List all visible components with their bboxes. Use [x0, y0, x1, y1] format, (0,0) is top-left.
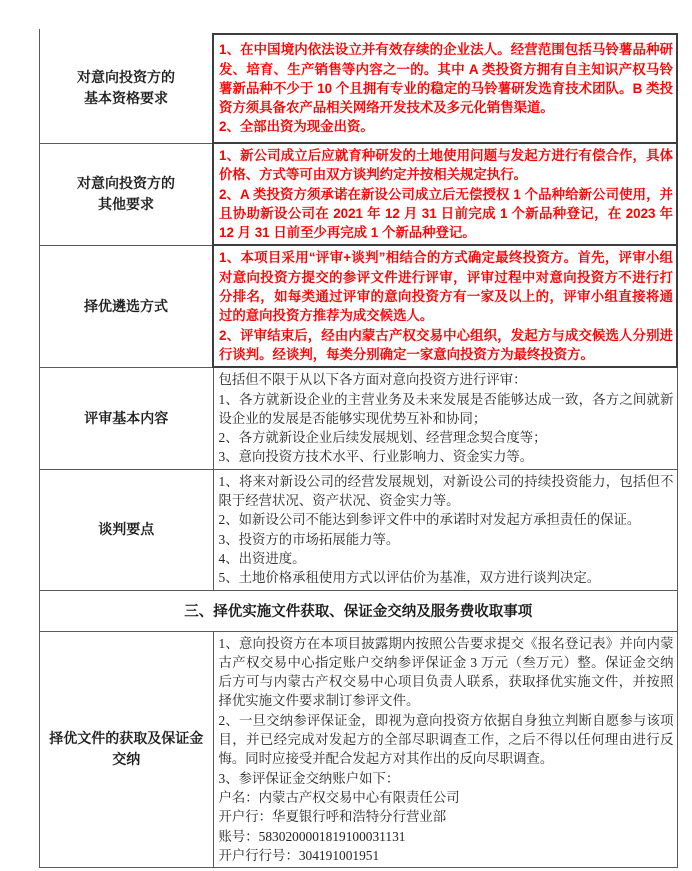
table-row: 对意向投资方的 其他要求 1、新公司成立后应就育种研发的土地使用问题与发起方进行… [40, 143, 678, 245]
row-header-basic-qualification-requirements: 对意向投资方的 基本资格要求 [40, 34, 214, 143]
table-row: 择优文件的获取及保证金 交纳 1、意向投资方在本项目披露期内按照公告要求提交《报… [40, 631, 678, 868]
investment-terms-table: 对意向投资方的 基本资格要求 1、在中国境内依法设立并有效存续的企业法人。经营范… [39, 33, 678, 868]
table-row: 谈判要点 1、将来对新设公司的经营发展规划，对新设公司的持续投资能力，包括但不限… [40, 469, 678, 590]
row-content-other-requirements: 1、新公司成立后应就育种研发的土地使用问题与发起方进行有偿合作，具体价格、方式等… [213, 143, 677, 245]
row-content-review-basic-content: 包括但不限于从以下各方面对意向投资方进行评审： 1、各方就新设企业的主营业务及未… [213, 367, 677, 469]
row-header-other-requirements: 对意向投资方的 其他要求 [40, 143, 214, 245]
table-row: 择优遴选方式 1、本项目采用“评审+谈判”相结合的方式确定最终投资方。首先，评审… [40, 245, 678, 367]
row-content-basic-qualification-requirements: 1、在中国境内依法设立并有效存续的企业法人。经营范围包括马铃薯品种研发、培育、生… [213, 34, 677, 143]
row-header-document-acquisition-and-deposit: 择优文件的获取及保证金 交纳 [40, 631, 214, 868]
row-content-document-acquisition-and-deposit: 1、意向投资方在本项目披露期内按照公告要求提交《报名登记表》并向内蒙古产权交易中… [213, 631, 677, 868]
row-header-selection-method: 择优遴选方式 [40, 245, 214, 367]
row-header-negotiation-points: 谈判要点 [40, 469, 214, 590]
section-heading-row: 三、择优实施文件获取、保证金交纳及服务费收取事项 [40, 590, 678, 631]
table-row: 对意向投资方的 基本资格要求 1、在中国境内依法设立并有效存续的企业法人。经营范… [40, 34, 678, 143]
row-content-negotiation-points: 1、将来对新设公司的经营发展规划，对新设公司的持续投资能力，包括但不限于经营状况… [213, 469, 677, 590]
table-row: 评审基本内容 包括但不限于从以下各方面对意向投资方进行评审： 1、各方就新设企业… [40, 367, 678, 469]
row-header-review-basic-content: 评审基本内容 [40, 367, 214, 469]
row-content-selection-method: 1、本项目采用“评审+谈判”相结合的方式确定最终投资方。首先，评审小组对意向投资… [213, 245, 677, 367]
section-heading: 三、择优实施文件获取、保证金交纳及服务费收取事项 [40, 590, 678, 631]
